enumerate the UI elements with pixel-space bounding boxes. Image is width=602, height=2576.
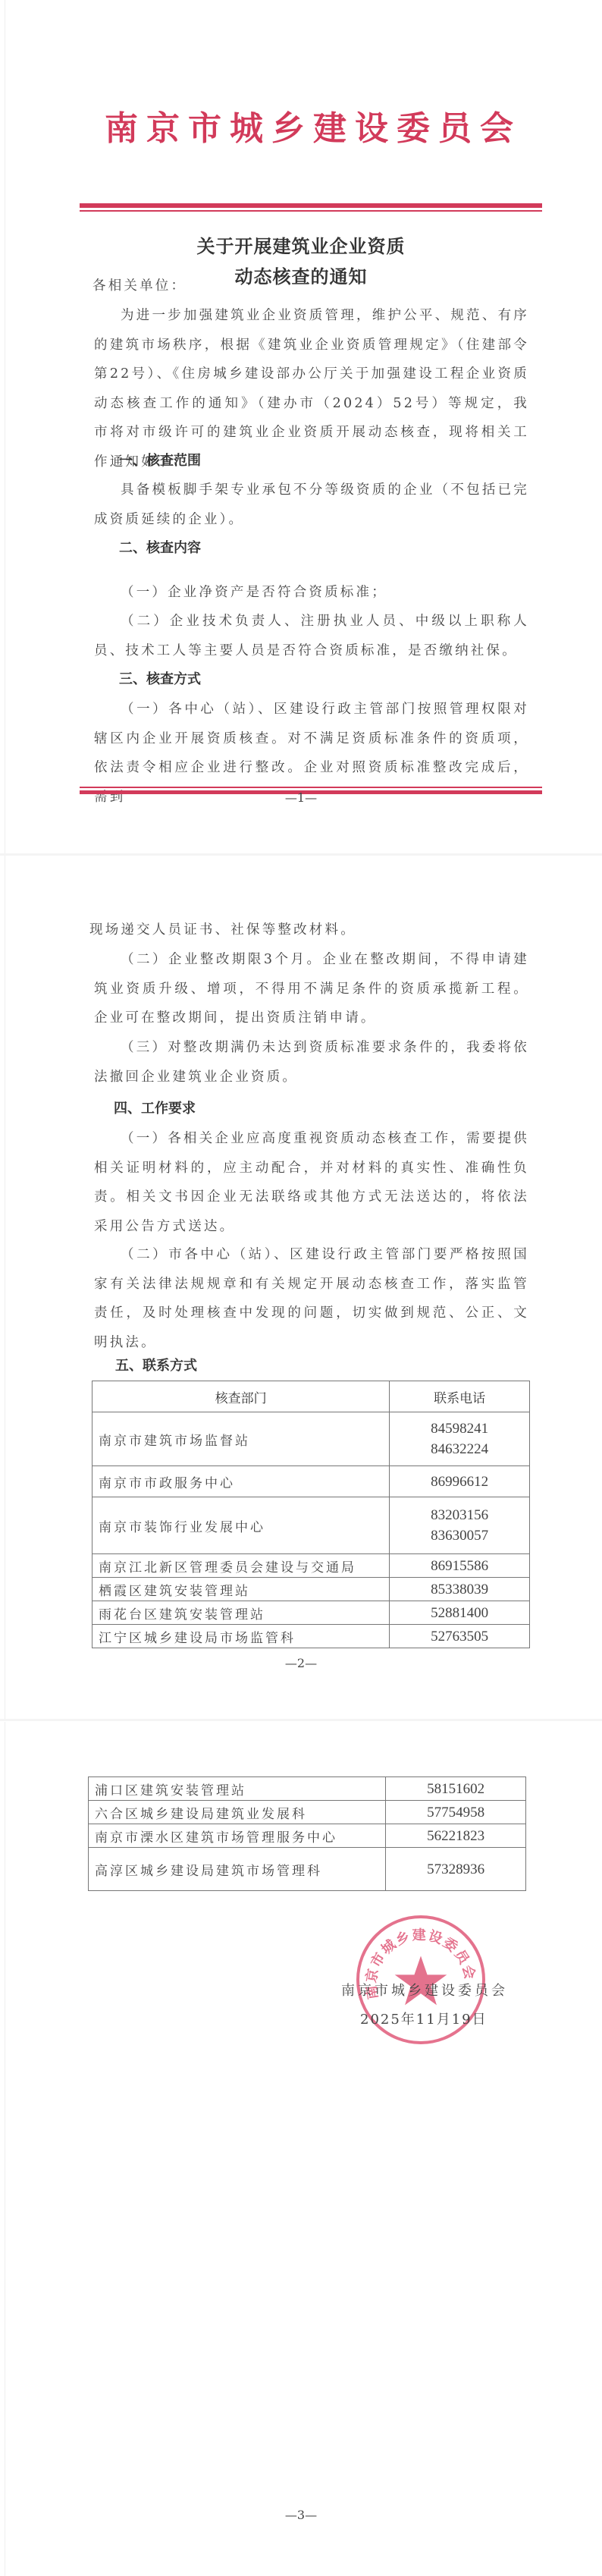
phone-number: 83203156	[396, 1505, 523, 1525]
dept-cell: 江宁区城乡建设局市场监管科	[92, 1625, 390, 1648]
dept-cell: 六合区城乡建设局建筑业发展科	[89, 1801, 386, 1824]
section-heading-1: 一、核查范围	[119, 447, 201, 476]
section-heading-4: 四、工作要求	[114, 1095, 196, 1123]
phone-number: 83630057	[396, 1525, 523, 1546]
page-gap	[0, 1719, 602, 1721]
phone-cell: 56221823	[386, 1824, 526, 1848]
dept-cell: 南京市市政服务中心	[92, 1466, 390, 1497]
phone-cell: 83203156 83630057	[390, 1497, 530, 1554]
section-4-para-2: （二）市各中心（站）、区建设行政主管部门要严格按照国家有关法律法规规章和有关规定…	[94, 1240, 529, 1357]
column-header-dept: 核查部门	[92, 1381, 390, 1412]
page-edge	[5, 0, 5, 853]
dept-cell: 南京江北新区管理委员会建设与交通局	[92, 1554, 390, 1578]
dept-cell: 雨花台区建筑安装管理站	[92, 1601, 390, 1625]
phone-cell: 58151602	[386, 1777, 526, 1801]
section-heading-3: 三、核查方式	[119, 665, 201, 694]
phone-cell: 86996612	[390, 1466, 530, 1497]
page-number-1: —1—	[0, 790, 602, 805]
phone-cell: 52763505	[390, 1625, 530, 1648]
contacts-table-part-2: 浦口区建筑安装管理站 58151602 六合区城乡建设局建筑业发展科 57754…	[88, 1776, 526, 1891]
table-header-row: 核查部门 联系电话	[92, 1381, 530, 1412]
section-1-para-1: 具备模板脚手架专业承包不分等级资质的企业（不包括已完成资质延续的企业）。	[94, 476, 529, 534]
phone-number: 56221823	[392, 1826, 519, 1846]
section-4-para-1: （一）各相关企业应高度重视资质动态核查工作，需要提供相关证明材料的，应主动配合，…	[94, 1124, 529, 1241]
table-row: 南京市建筑市场监督站 84598241 84632224	[92, 1412, 530, 1466]
letterhead-org-name: 南京市城乡建设委员会	[83, 106, 543, 152]
column-header-phone: 联系电话	[390, 1381, 530, 1412]
page-edge	[5, 1722, 5, 2576]
phone-cell: 84598241 84632224	[390, 1412, 530, 1466]
phone-number: 57328936	[392, 1859, 519, 1880]
table-row: 南京市装饰行业发展中心 83203156 83630057	[92, 1497, 530, 1554]
phone-number: 57754958	[392, 1802, 519, 1823]
signature-org: 南京市城乡建设委员会	[341, 1980, 508, 2000]
salutation: 各相关单位：	[92, 272, 528, 301]
dept-cell: 浦口区建筑安装管理站	[89, 1777, 386, 1801]
dept-cell: 南京市溧水区建筑市场管理服务中心	[89, 1824, 386, 1848]
phone-number: 86915586	[396, 1556, 523, 1576]
table-row: 南京江北新区管理委员会建设与交通局 86915586	[92, 1554, 530, 1578]
section-heading-2: 二、核查内容	[119, 534, 201, 563]
page-edge	[5, 856, 5, 1719]
table-row: 浦口区建筑安装管理站 58151602	[89, 1777, 526, 1801]
phone-number: 85338039	[396, 1579, 523, 1600]
doc-title-line1: 关于开展建筑业企业资质	[76, 231, 526, 262]
phone-cell: 57328936	[386, 1848, 526, 1891]
phone-number: 52763505	[396, 1626, 523, 1647]
contacts-table-part-1: 核查部门 联系电话 南京市建筑市场监督站 84598241 84632224 南…	[92, 1381, 530, 1648]
section-3-para-2: （二）企业整改期限3个月。企业在整改期间，不得申请建筑业资质升级、增项，不得用不…	[94, 945, 529, 1033]
dept-cell: 栖霞区建筑安装管理站	[92, 1578, 390, 1601]
phone-cell: 86915586	[390, 1554, 530, 1578]
dept-cell: 南京市装饰行业发展中心	[92, 1497, 390, 1554]
section-2-para-2: （二）企业技术负责人、注册执业人员、中级以上职称人员、技术工人等主要人员是否符合…	[94, 607, 529, 665]
table-row: 南京市溧水区建筑市场管理服务中心 56221823	[89, 1824, 526, 1848]
phone-number: 58151602	[392, 1779, 519, 1799]
phone-number: 84632224	[396, 1439, 523, 1459]
signature-date: 2025年11月19日	[360, 2009, 488, 2028]
rule-thin	[80, 210, 542, 212]
table-row: 六合区城乡建设局建筑业发展科 57754958	[89, 1801, 526, 1824]
rule-thick	[80, 203, 542, 208]
letterhead-rule	[80, 203, 542, 212]
dept-cell: 高淳区城乡建设局建筑市场管理科	[89, 1848, 386, 1891]
table-row: 南京市市政服务中心 86996612	[92, 1466, 530, 1497]
phone-cell: 52881400	[390, 1601, 530, 1625]
phone-number: 52881400	[396, 1603, 523, 1623]
table-row: 高淳区城乡建设局建筑市场管理科 57328936	[89, 1848, 526, 1891]
page-number-2: —2—	[0, 1656, 602, 1670]
table-row: 栖霞区建筑安装管理站 85338039	[92, 1578, 530, 1601]
page-number-3: —3—	[0, 2508, 602, 2522]
section-3-para-3: （三）对整改期满仍未达到资质标准要求条件的，我委将依法撤回企业建筑业企业资质。	[94, 1033, 529, 1092]
section-2-para-1: （一）企业净资产是否符合资质标准；	[94, 578, 529, 608]
dept-cell: 南京市建筑市场监督站	[92, 1412, 390, 1466]
table-row: 江宁区城乡建设局市场监管科 52763505	[92, 1625, 530, 1648]
section-3-para-1-continued: 现场递交人员证书、社保等整改材料。	[89, 916, 525, 945]
section-heading-5: 五、联系方式	[115, 1352, 197, 1381]
phone-cell: 85338039	[390, 1578, 530, 1601]
table-row: 雨花台区建筑安装管理站 52881400	[92, 1601, 530, 1625]
phone-number: 84598241	[396, 1418, 523, 1439]
rule-thin	[80, 787, 542, 788]
phone-cell: 57754958	[386, 1801, 526, 1824]
phone-number: 86996612	[396, 1472, 523, 1492]
